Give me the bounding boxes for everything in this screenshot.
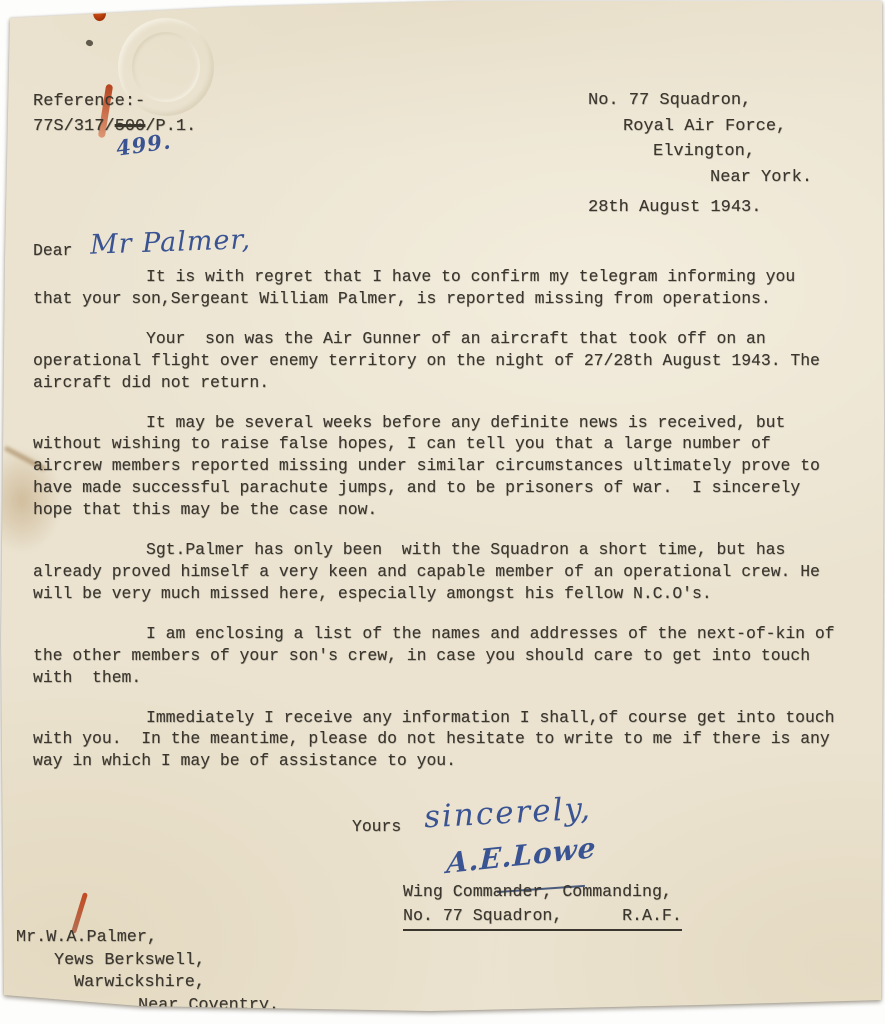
body-line: will be very much missed here, especiall…	[33, 583, 867, 605]
body-line: that your son,Sergeant William Palmer, i…	[33, 288, 867, 310]
salutation-handwritten-name: Mr Palmer,	[90, 224, 252, 261]
body-line: way in which I may be of assistance to y…	[33, 750, 867, 772]
signature: A.E.Lowe	[446, 831, 597, 880]
body-line: aircrew members reported missing under s…	[33, 455, 867, 477]
signature-title-block: Wing Commander, Commanding, No. 77 Squad…	[403, 880, 682, 931]
body-line: Sgt.Palmer has only been with the Squadr…	[33, 539, 867, 561]
paragraph: It is with regret that I have to confirm…	[33, 266, 867, 310]
body-line: hope that this may be the case now.	[33, 499, 867, 521]
recipient-line: Mr.W.A.Palmer,	[16, 927, 279, 950]
body-line: with them.	[33, 667, 867, 689]
reference-block: Reference:- 77S/317/500/P.1.	[33, 90, 196, 139]
recipient-line: Warwickshire,	[74, 972, 279, 995]
paragraph: Immediately I receive any information I …	[33, 707, 867, 773]
recipient-address-block: Mr.W.A.Palmer, Yews Berkswell, Warwicksh…	[16, 927, 279, 1017]
body-line: aircraft did not return.	[33, 372, 867, 394]
body-line: It is with regret that I have to confirm…	[33, 266, 867, 288]
body-line: the other members of your son's crew, in…	[33, 645, 867, 667]
letterhead-line: No. 77 Squadron,	[588, 88, 812, 114]
scanned-letter-canvas: Reference:- 77S/317/500/P.1. 499. No. 77…	[0, 0, 885, 1024]
paragraph: I am enclosing a list of the names and a…	[33, 623, 867, 689]
letter-paper: Reference:- 77S/317/500/P.1. 499. No. 77…	[0, 0, 885, 1024]
body-line: with you. In the meantime, please do not…	[33, 728, 867, 750]
body-line: already proved himself a very keen and c…	[33, 561, 867, 583]
closing-typed: Yours	[352, 817, 401, 836]
recipient-line: Yews Berkswell,	[54, 950, 279, 973]
paper-shadow-wrap: Reference:- 77S/317/500/P.1. 499. No. 77…	[0, 0, 885, 1024]
body-line: operational flight over enemy territory …	[33, 350, 867, 372]
signer-squadron: No. 77 Squadron, R.A.F.	[403, 904, 682, 931]
paragraph: Sgt.Palmer has only been with the Squadr…	[33, 539, 867, 605]
body-line: Immediately I receive any information I …	[33, 707, 867, 729]
closing-handwritten: sincerely,	[423, 791, 592, 836]
reference-prefix: 77S/317/	[33, 117, 115, 136]
paragraph: Your son was the Air Gunner of an aircra…	[33, 328, 867, 394]
body-line: without wishing to raise false hopes, I …	[33, 433, 867, 455]
reference-label: Reference:-	[33, 90, 196, 115]
paragraph: It may be several weeks before any defin…	[33, 412, 867, 522]
letterhead-line: Royal Air Force,	[623, 114, 812, 140]
dark-speck	[85, 39, 94, 48]
body-line: Your son was the Air Gunner of an aircra…	[33, 328, 867, 350]
letterhead-line: Near York.	[710, 165, 812, 191]
recipient-line: Near Coventry.	[138, 995, 279, 1018]
red-ink-blot	[92, 3, 108, 22]
letterhead-line: Elvington,	[653, 139, 812, 165]
letter-body: It is with regret that I have to confirm…	[33, 266, 867, 790]
body-line: It may be several weeks before any defin…	[33, 412, 867, 434]
letter-date: 28th August 1943.	[588, 198, 761, 217]
salutation-typed: Dear	[33, 241, 72, 260]
body-line: I am enclosing a list of the names and a…	[33, 623, 867, 645]
signer-title: Wing Commander, Commanding,	[403, 880, 682, 904]
body-line: have made successful parachute jumps, an…	[33, 477, 867, 499]
letterhead-address: No. 77 Squadron, Royal Air Force, Elving…	[588, 88, 812, 190]
